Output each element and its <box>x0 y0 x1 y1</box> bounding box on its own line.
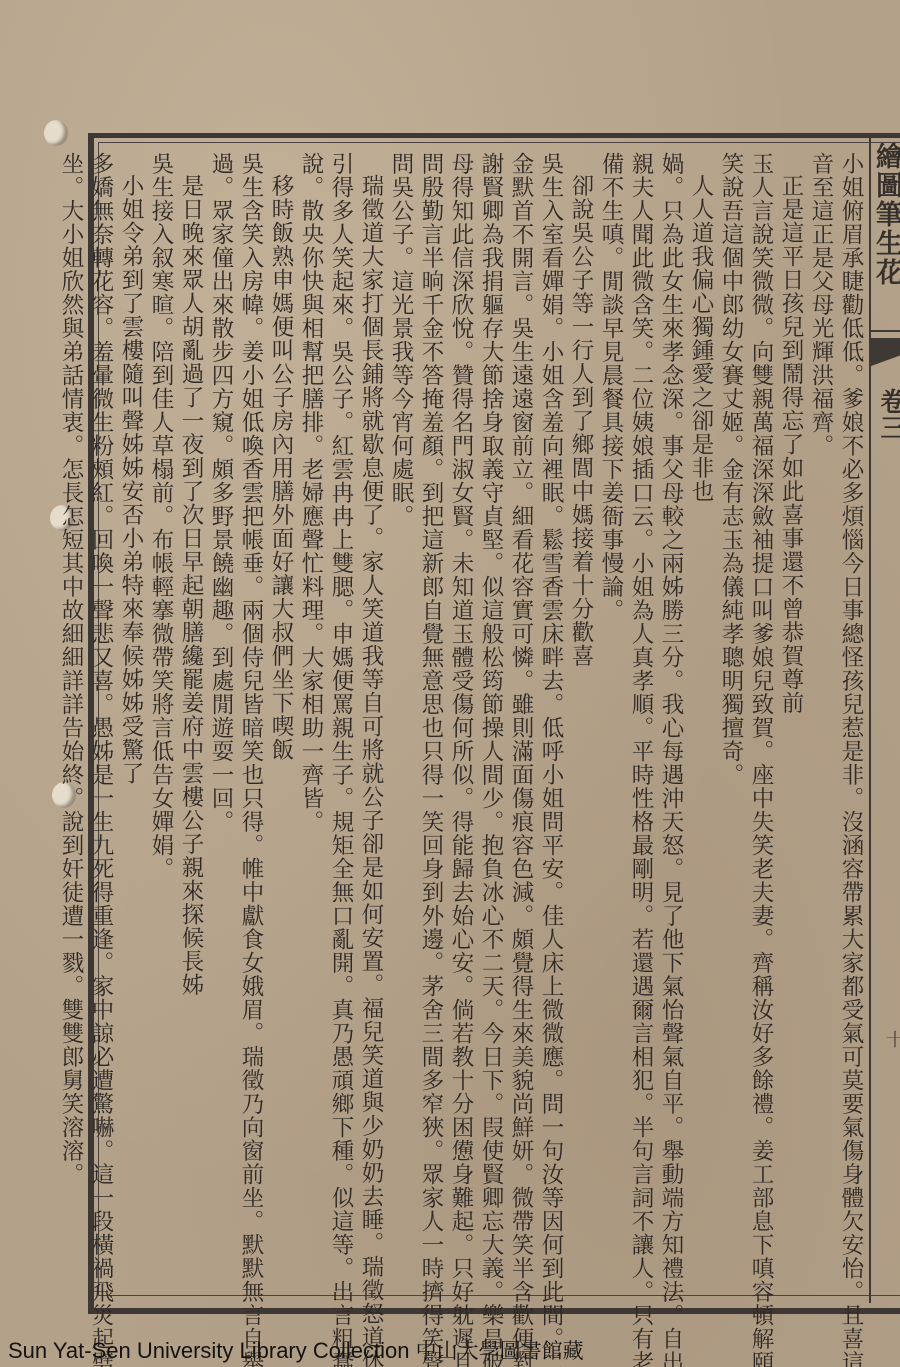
text-column: 坐。大小姐欣然與弟話情衷。怎長怎短其中故細細詳詳告始終。說到奸徒遭一戮。雙雙郎舅… <box>56 152 86 1292</box>
text-column: 說。散央你快與相幫把膳排。老婦應聲忙料理。大家相助一齊皆。 <box>296 152 326 1292</box>
text-column: 過。眾家僮出來散步四方窺。頗多野景饒幽趣。到處閒遊耍一回。 <box>206 152 236 1292</box>
binding-hole-top <box>44 120 68 146</box>
text-column: 多嬌無奈轉花容。羞暈微生粉頰紅。回喚一聲悲又喜。愚姊是一生九死得重逢。家中諒必遭… <box>86 152 116 1292</box>
text-column: 媧。只為此女生來孝念深。事父母較之兩姊勝三分。我心每遇沖天怒。見了他下氣怡聲氣自… <box>656 152 686 1292</box>
text-column: 是日晚來眾人胡亂過了一夜到了次日早起朝膳纔罷姜府中雲樓公子親來探候長姊 <box>176 152 206 1292</box>
page-centre-margin <box>869 138 900 1303</box>
body-text: 小姐俯眉承睫勸低低。爹娘不必多煩惱今日事總怪孩兒惹是非。沒涵容帶累大家都受氣可莫… <box>104 152 866 1292</box>
text-column: 音至這正是父母光輝洪福齊。 <box>806 152 836 1292</box>
text-column: 笑說吾這個中郎幼女賽丈姬。金有志玉為儀純孝聰明獨擅奇。 <box>716 152 746 1292</box>
collection-watermark: Sun Yat-Sen University Library Collectio… <box>8 1335 584 1365</box>
text-column: 正是這平日孩兒到鬧得忘了如此喜事還不曾恭賀尊前 <box>776 152 806 1292</box>
text-column: 吳生接入叙寒暄。陪到佳人草榻前。布帳輕搴微帶笑將言低告女嬋娟。 <box>146 152 176 1292</box>
text-column: 卻說吳公子等一行人到了鄉閭中媽接着十分歡喜 <box>566 152 596 1292</box>
collection-name-zh: 中山大學圖書館藏 <box>416 1339 584 1363</box>
text-column: 小姐令弟到了雲樓隨叫聲姊姊安否小弟特來奉候姊姊受驚了 <box>116 152 146 1292</box>
text-column: 母得知此信深欣悅。贊得名門淑女賢。未知道玉體受傷何所似。得能歸去始心安。倘若教十… <box>446 152 476 1292</box>
text-column: 瑞徵道大家打個長鋪將就歇息便了。家人笑道我等自可將就公子卻是如何安置。福兒笑道與… <box>356 152 386 1292</box>
text-column: 金默首不開言。吳生遠遠窗前立。細看花容實可憐。雖則滿面傷痕容色減。頗覺得生來美貌… <box>506 152 536 1292</box>
page-number-marker: 十 <box>880 1030 900 1048</box>
collection-name-en: Sun Yat-Sen University Library Collectio… <box>8 1338 409 1363</box>
text-column: 小姐俯眉承睫勸低低。爹娘不必多煩惱今日事總怪孩兒惹是非。沒涵容帶累大家都受氣可莫… <box>836 152 866 1292</box>
text-column: 備不生嗔。閒談早見晨餐具接下姜衙事慢論。 <box>596 152 626 1292</box>
text-column: 玉人言說笑微微。向雙親萬福深深斂袖提口叫爹娘兒致賀。座中失笑老夫妻。齊稱汝好多餘… <box>746 152 776 1292</box>
text-column: 親夫人聞此微含笑。二位姨娘插口云。小姐為人真孝順。平時性格最剛明。若還遇爾言相犯… <box>626 152 656 1292</box>
text-column: 謝賢卿為我捐軀存大節捨身取義守貞堅。似這般松筠節操人間少。抱負冰心不二天。今日下… <box>476 152 506 1292</box>
text-column: 問殷勤言半晌千金不答掩羞顏。到把這新郎自覺無意思也只得一笑回身到外邊。茅舍三間多… <box>416 152 446 1292</box>
scanned-book-page: 繪圖筆生花 卷三 十 小姐俯眉承睫勸低低。爹娘不必多煩惱今日事總怪孩兒惹是非。沒… <box>0 0 900 1367</box>
text-column: 吳生含笑入房幃。姜小姐低喚香雲把帳垂。兩個侍兒皆暗笑也只得。帷中獻食女娥眉。瑞徵… <box>236 152 266 1292</box>
text-column: 吳生入室看嬋娟。小姐含羞向裡眠。鬆雪香雲床畔去。低呼小姐問平安。佳人床上微微應。… <box>536 152 566 1292</box>
text-column: 人人道我偏心獨鍾愛之卻是非也 <box>686 152 716 1292</box>
fishtail-mark <box>871 338 900 378</box>
text-column: 移時飯熟申媽便叫公子房內用膳外面好讓大叔們坐下喫飯 <box>266 152 296 1292</box>
volume-label: 卷三 <box>873 388 900 440</box>
fishtail-line <box>871 330 900 332</box>
book-title: 繪圖筆生花 <box>872 142 900 287</box>
text-column: 引得多人笑起來。吳公子。紅雲冉冉上雙腮。申媽便罵親生子。規矩全無口亂開。真乃愚頑… <box>326 152 356 1292</box>
text-column: 問吳公子。這光景我等今宵何處眠。 <box>386 152 416 1292</box>
